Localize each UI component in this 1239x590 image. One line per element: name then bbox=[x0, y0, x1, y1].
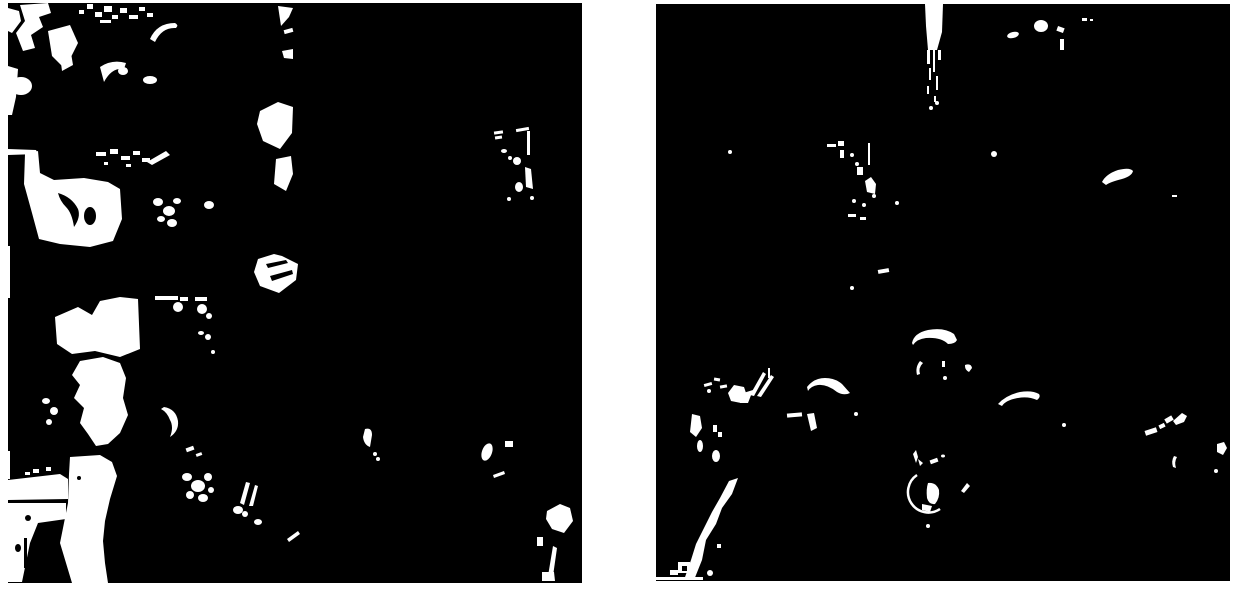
white-blob bbox=[857, 167, 863, 175]
white-blob bbox=[249, 485, 258, 506]
dark-mark bbox=[25, 515, 31, 521]
right-binary-image bbox=[656, 4, 1230, 581]
white-blob bbox=[1145, 427, 1158, 435]
white-blob bbox=[121, 156, 130, 160]
white-blob bbox=[8, 451, 10, 479]
dark-mark bbox=[10, 500, 62, 503]
white-blob bbox=[1006, 31, 1019, 40]
white-blob bbox=[941, 455, 945, 458]
white-blob bbox=[501, 149, 507, 153]
white-blob bbox=[1173, 413, 1187, 425]
white-blob bbox=[852, 199, 856, 203]
white-blob bbox=[942, 361, 945, 367]
white-blob bbox=[868, 143, 870, 165]
white-blob bbox=[42, 398, 50, 404]
white-blob bbox=[167, 219, 177, 227]
white-blob bbox=[24, 151, 122, 247]
white-blob bbox=[50, 407, 58, 415]
left-blob-layer bbox=[8, 3, 582, 583]
dark-mark bbox=[682, 566, 687, 571]
dark-mark bbox=[15, 544, 21, 552]
white-blob bbox=[254, 519, 262, 525]
white-blob bbox=[933, 50, 935, 72]
white-blob bbox=[656, 577, 703, 580]
white-blob bbox=[120, 8, 127, 13]
white-blob bbox=[60, 455, 117, 583]
white-blob bbox=[46, 467, 51, 471]
white-blob bbox=[100, 20, 111, 23]
white-blob bbox=[927, 50, 930, 64]
white-blob bbox=[768, 368, 770, 378]
white-blob bbox=[1034, 20, 1048, 32]
white-blob bbox=[927, 483, 940, 504]
white-blob bbox=[153, 198, 163, 206]
white-blob bbox=[850, 286, 854, 290]
white-blob bbox=[257, 102, 293, 149]
left-binary-image bbox=[8, 3, 582, 583]
white-blob bbox=[163, 206, 175, 216]
white-blob bbox=[925, 4, 943, 50]
white-blob bbox=[197, 304, 207, 314]
white-blob bbox=[104, 6, 112, 12]
white-blob bbox=[840, 150, 844, 158]
white-blob bbox=[684, 478, 738, 580]
white-blob bbox=[8, 246, 10, 298]
white-blob bbox=[895, 201, 899, 205]
white-blob bbox=[714, 378, 720, 382]
white-blob bbox=[926, 524, 930, 528]
white-blob bbox=[913, 450, 918, 463]
white-blob bbox=[508, 156, 512, 160]
white-blob bbox=[242, 511, 248, 517]
white-blob bbox=[707, 389, 711, 393]
white-blob bbox=[110, 149, 118, 154]
white-blob bbox=[1060, 39, 1064, 50]
white-blob bbox=[530, 196, 534, 200]
white-blob bbox=[198, 331, 204, 335]
white-blob bbox=[848, 214, 856, 217]
white-blob bbox=[934, 96, 936, 102]
white-blob bbox=[72, 357, 128, 446]
white-blob bbox=[173, 302, 183, 312]
white-blob bbox=[720, 384, 727, 388]
white-blob bbox=[912, 329, 957, 345]
white-blob bbox=[195, 297, 207, 301]
white-blob bbox=[965, 364, 972, 372]
white-blob bbox=[527, 131, 530, 155]
white-blob bbox=[1217, 442, 1227, 455]
white-blob bbox=[274, 156, 293, 191]
white-blob bbox=[916, 361, 923, 375]
white-blob bbox=[278, 6, 293, 26]
white-blob bbox=[240, 482, 250, 505]
white-blob bbox=[211, 350, 215, 354]
white-blob bbox=[935, 101, 939, 105]
white-blob bbox=[147, 151, 170, 165]
white-blob bbox=[204, 201, 214, 209]
white-blob bbox=[1172, 456, 1177, 468]
white-blob bbox=[55, 297, 140, 357]
dark-mark bbox=[77, 476, 81, 480]
white-blob bbox=[991, 151, 997, 157]
white-blob bbox=[112, 15, 118, 19]
white-blob bbox=[204, 473, 212, 481]
white-blob bbox=[936, 76, 938, 90]
white-blob bbox=[961, 483, 970, 493]
white-blob bbox=[548, 546, 557, 576]
white-blob bbox=[79, 10, 84, 14]
white-blob bbox=[854, 412, 858, 416]
white-blob bbox=[180, 297, 188, 301]
white-blob bbox=[507, 197, 511, 201]
white-blob bbox=[143, 76, 157, 84]
white-blob bbox=[287, 531, 300, 542]
white-blob bbox=[943, 376, 947, 380]
white-blob bbox=[537, 537, 543, 546]
white-blob bbox=[1172, 195, 1177, 197]
white-blob bbox=[515, 182, 523, 192]
white-blob bbox=[46, 419, 52, 425]
white-blob bbox=[104, 162, 108, 165]
white-blob bbox=[838, 141, 844, 146]
white-blob bbox=[186, 491, 194, 499]
white-blob bbox=[126, 164, 131, 167]
white-blob bbox=[862, 203, 866, 207]
white-blob bbox=[860, 217, 866, 220]
white-blob bbox=[850, 153, 854, 157]
white-blob bbox=[1082, 18, 1087, 21]
white-blob bbox=[173, 198, 181, 204]
white-blob bbox=[1158, 423, 1165, 429]
white-blob bbox=[205, 334, 211, 340]
white-blob bbox=[807, 413, 817, 431]
white-blob bbox=[87, 4, 93, 9]
white-blob bbox=[728, 150, 732, 154]
white-blob bbox=[690, 414, 702, 437]
white-blob bbox=[872, 194, 876, 198]
white-blob bbox=[670, 570, 678, 575]
white-blob bbox=[129, 15, 138, 19]
white-blob bbox=[182, 473, 192, 481]
white-blob bbox=[8, 503, 66, 582]
white-blob bbox=[927, 86, 929, 94]
white-blob bbox=[16, 3, 51, 51]
white-blob bbox=[525, 167, 533, 189]
white-blob bbox=[376, 457, 380, 461]
white-blob bbox=[161, 407, 178, 437]
white-blob bbox=[198, 494, 208, 502]
white-blob bbox=[494, 130, 503, 134]
white-blob bbox=[546, 504, 573, 533]
white-blob bbox=[150, 23, 177, 42]
white-blob bbox=[33, 469, 39, 473]
white-blob bbox=[96, 152, 106, 156]
white-blob bbox=[998, 391, 1040, 406]
right-blob-layer bbox=[656, 4, 1230, 581]
white-blob bbox=[95, 12, 102, 17]
white-blob bbox=[704, 382, 713, 387]
white-blob bbox=[25, 472, 30, 475]
white-blob bbox=[505, 441, 513, 447]
white-blob bbox=[712, 450, 720, 462]
white-blob bbox=[513, 157, 521, 165]
white-blob bbox=[479, 442, 495, 462]
white-blob bbox=[827, 144, 836, 147]
white-blob bbox=[133, 151, 140, 155]
white-blob bbox=[1102, 169, 1133, 185]
white-blob bbox=[930, 458, 939, 464]
white-blob bbox=[1214, 469, 1218, 473]
white-blob bbox=[865, 177, 876, 194]
white-blob bbox=[1056, 26, 1064, 33]
white-blob bbox=[284, 28, 294, 34]
white-blob bbox=[1062, 423, 1066, 427]
white-blob bbox=[707, 570, 713, 576]
dark-mark bbox=[24, 538, 27, 568]
white-blob bbox=[1090, 19, 1093, 21]
white-blob bbox=[147, 13, 153, 17]
white-blob bbox=[938, 50, 941, 60]
white-blob bbox=[918, 459, 923, 466]
white-blob bbox=[206, 313, 212, 319]
figure-canvas bbox=[0, 0, 1239, 590]
white-blob bbox=[717, 544, 721, 548]
white-blob bbox=[282, 49, 293, 59]
white-blob bbox=[855, 162, 859, 166]
white-blob bbox=[697, 440, 703, 452]
dark-mark bbox=[84, 207, 96, 225]
white-blob bbox=[363, 429, 372, 447]
white-blob bbox=[713, 425, 717, 432]
white-blob bbox=[787, 412, 802, 417]
white-blob bbox=[186, 446, 195, 452]
white-blob bbox=[373, 452, 377, 456]
white-blob bbox=[493, 471, 505, 478]
white-blob bbox=[60, 53, 73, 71]
white-blob bbox=[718, 432, 722, 437]
white-blob bbox=[191, 480, 205, 492]
white-blob bbox=[139, 7, 145, 11]
white-blob bbox=[233, 506, 243, 514]
white-blob bbox=[929, 68, 931, 80]
white-blob bbox=[155, 296, 178, 300]
white-blob bbox=[878, 268, 890, 274]
white-blob bbox=[196, 452, 203, 457]
white-blob bbox=[542, 572, 555, 581]
white-blob bbox=[8, 474, 68, 500]
white-blob bbox=[157, 216, 165, 222]
white-blob bbox=[1164, 415, 1173, 423]
white-blob bbox=[807, 378, 850, 394]
white-blob bbox=[495, 136, 502, 140]
white-blob bbox=[208, 487, 214, 493]
white-blob bbox=[10, 77, 32, 95]
white-blob bbox=[929, 106, 933, 110]
